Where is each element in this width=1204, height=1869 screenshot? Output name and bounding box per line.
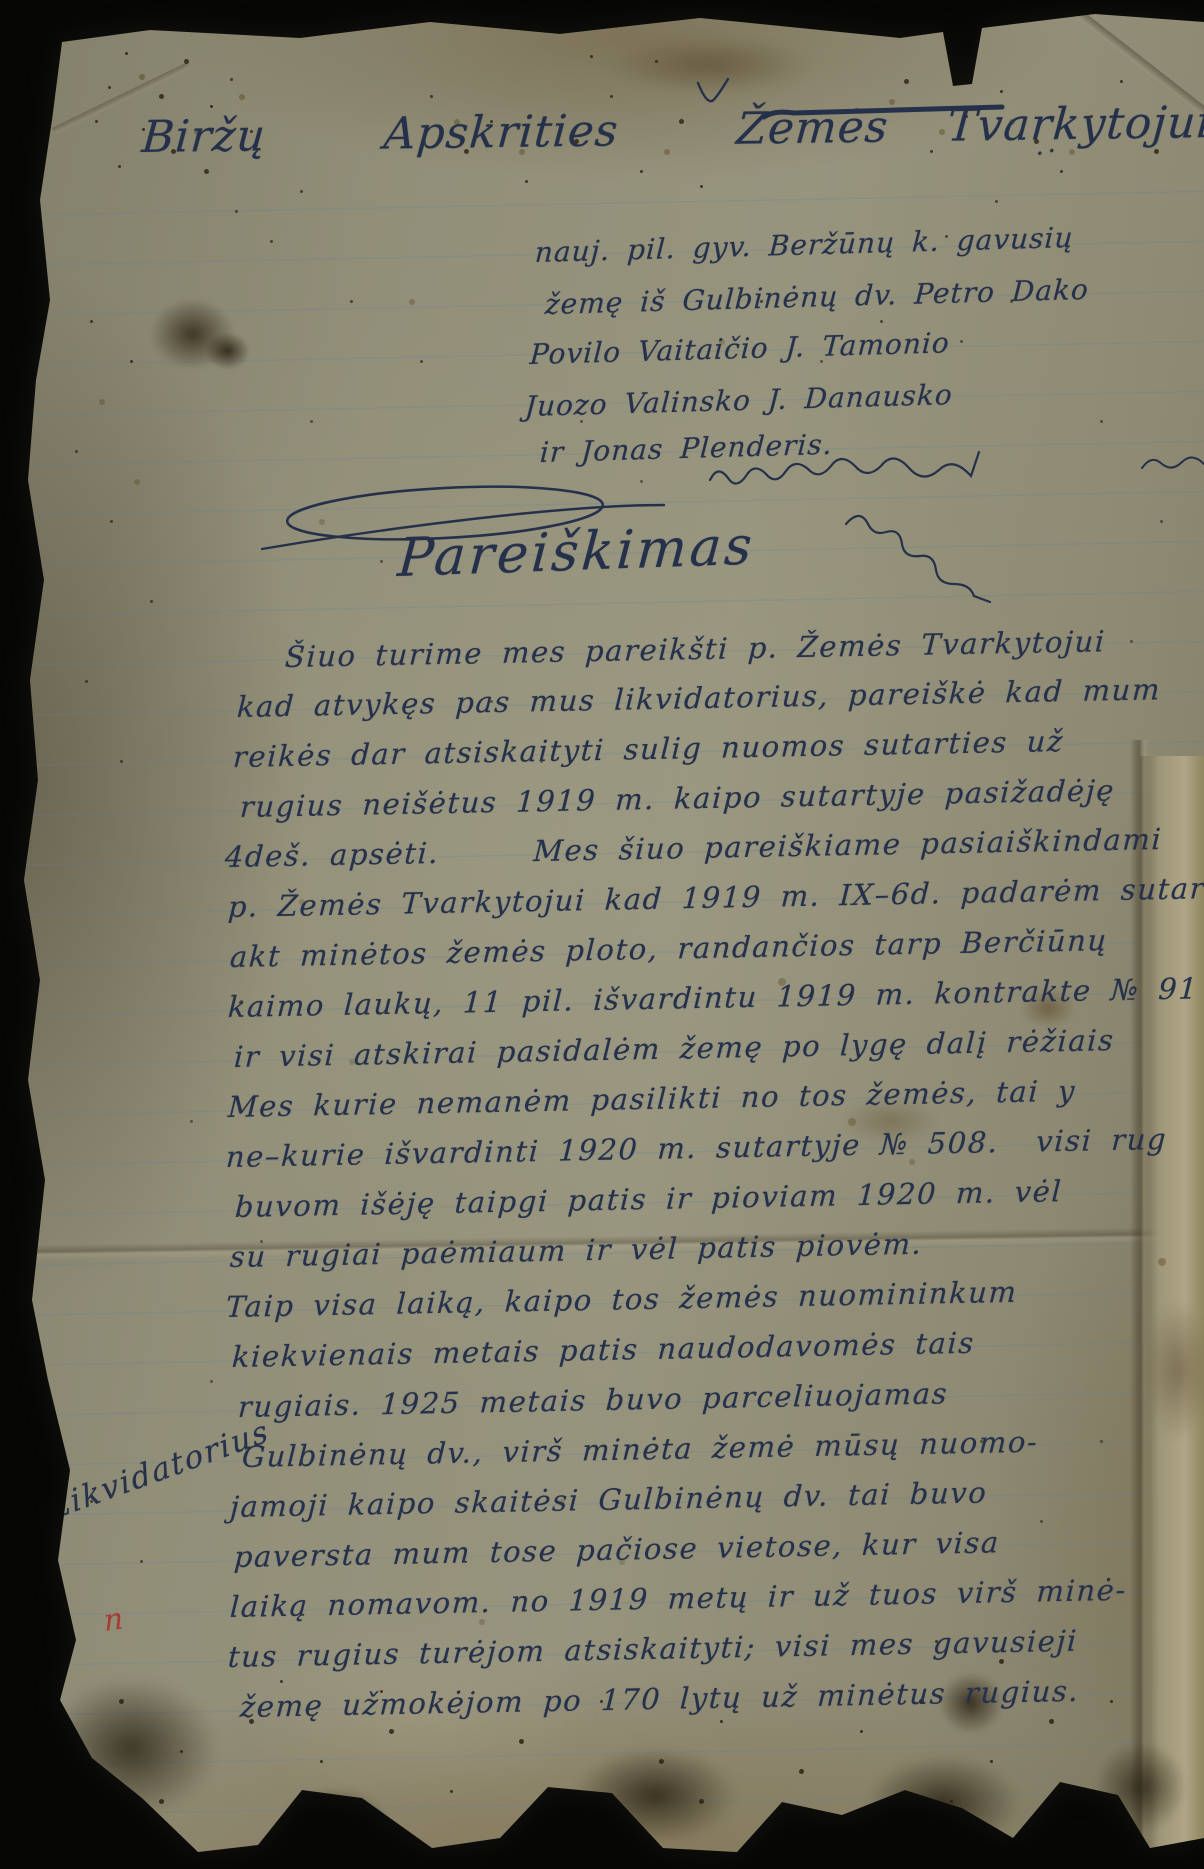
dark-stain bbox=[1096, 1742, 1186, 1832]
descending-scrawl bbox=[822, 508, 1022, 618]
ink-stain bbox=[205, 332, 250, 370]
paper-shadow: Biržų Apskrities Žemės Tvarkytojui ·· na… bbox=[0, 0, 1204, 1869]
paper-stain bbox=[1146, 1300, 1204, 1440]
edge-squiggle bbox=[1140, 446, 1204, 482]
vertical-fold-crease bbox=[1130, 740, 1150, 1869]
fox-speckles-dark bbox=[0, 0, 3, 3]
dark-stain bbox=[46, 1678, 216, 1818]
fox-speckles-light bbox=[0, 0, 4, 4]
document-paper: Biržų Apskrities Žemės Tvarkytojui ·· na… bbox=[0, 0, 1204, 1869]
dark-stain bbox=[575, 1748, 735, 1843]
scanned-document-frame: Biržų Apskrities Žemės Tvarkytojui ·· na… bbox=[0, 0, 1204, 1869]
document-title: Pareiškimas bbox=[396, 515, 757, 589]
red-letter-mark: n bbox=[103, 1601, 125, 1639]
dark-stain bbox=[868, 1756, 1018, 1851]
